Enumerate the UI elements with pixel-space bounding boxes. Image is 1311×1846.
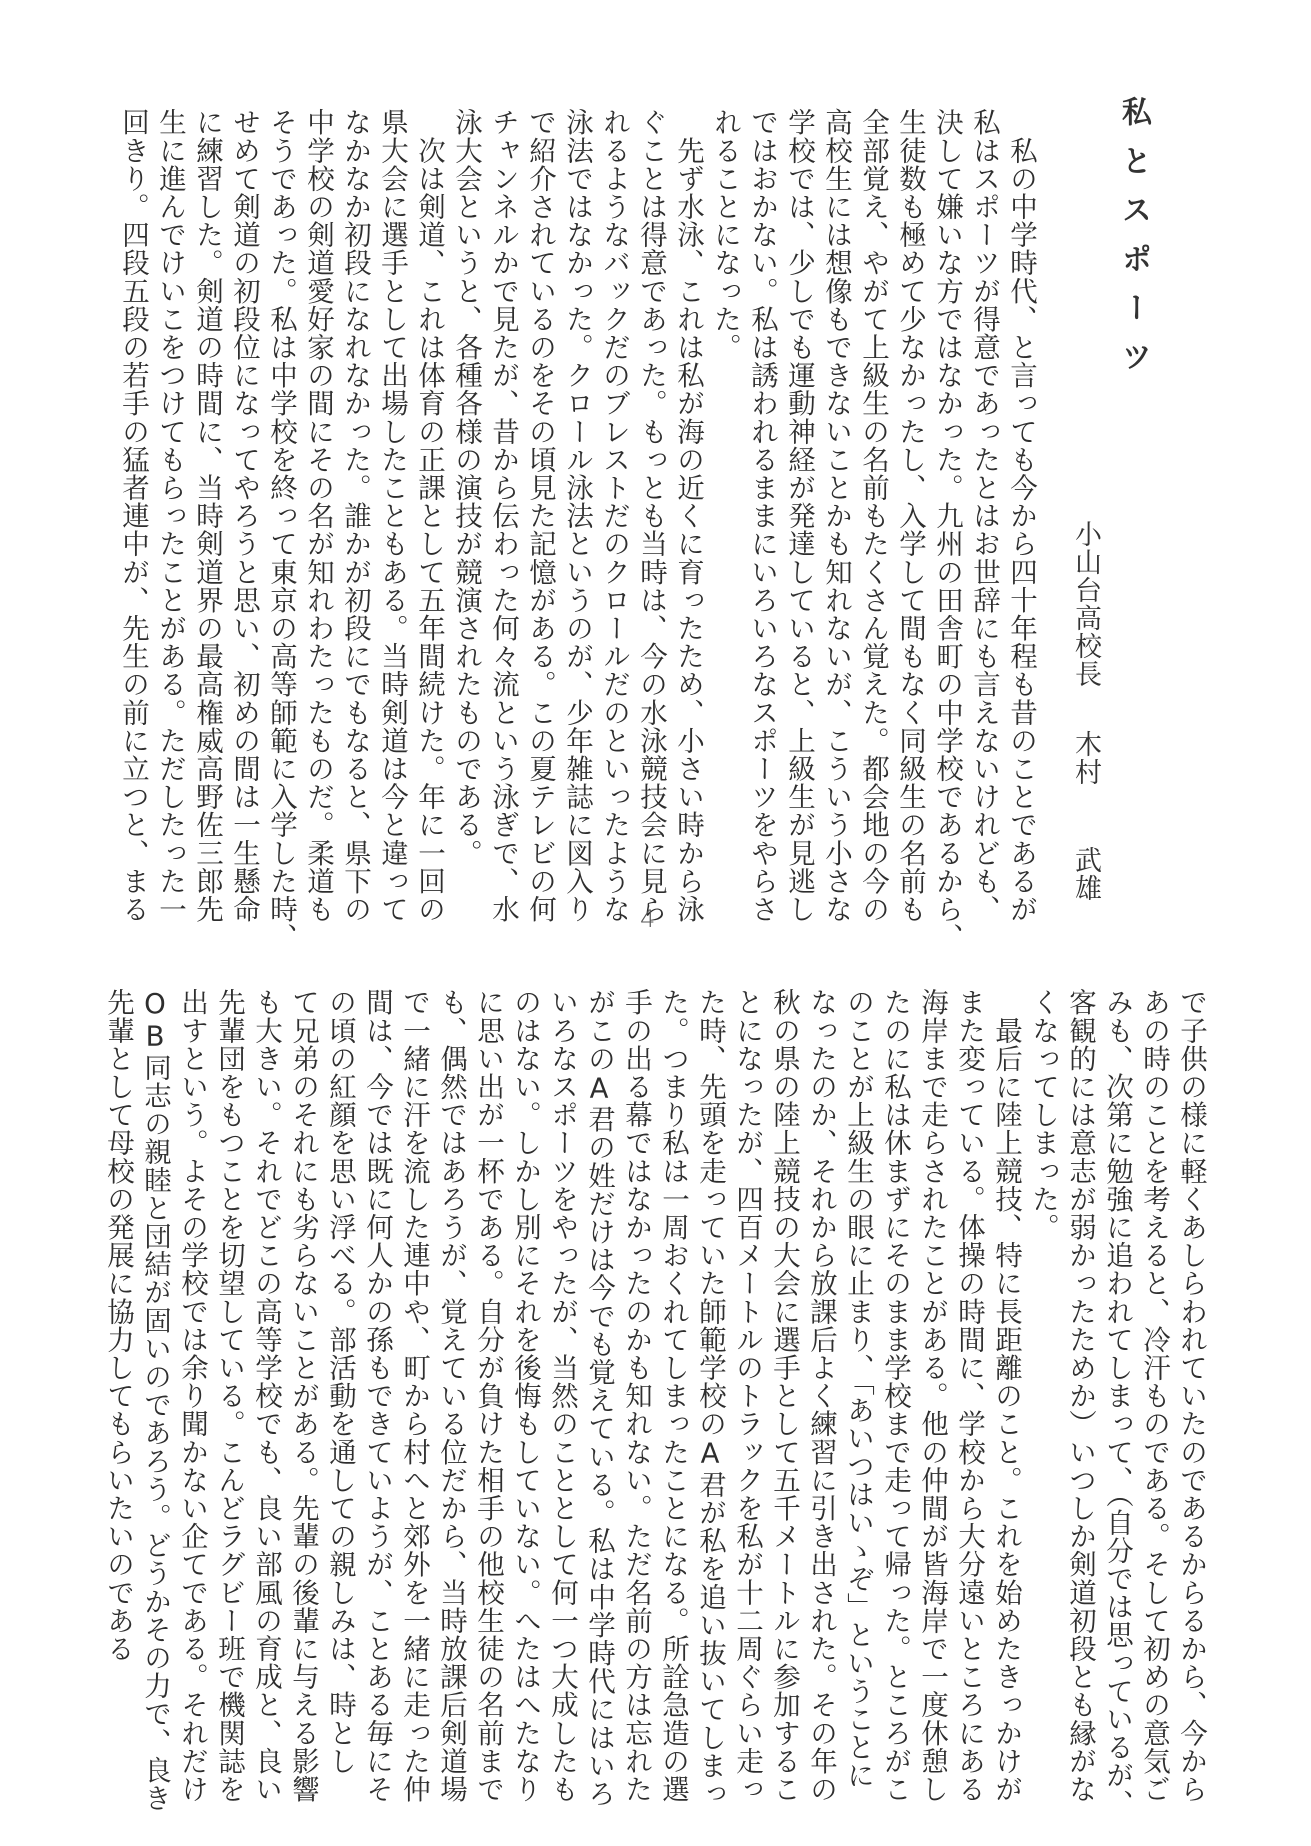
text-column: せめて剣道の初段位になってやろうと思い、初めの間は一生懸命 xyxy=(225,108,262,828)
text-column: 泳大会というと、各種各様の演技が競演されたものである。 xyxy=(447,108,484,828)
text-column: 生徒数も極めて少なかったし、入学して間もなく同級生の名前も xyxy=(891,108,928,828)
text-column: 全部覚え、やがて上級生の名前もたくさん覚えた。都会地の今の xyxy=(854,108,891,828)
text-column: OB同志の親睦と団結が固いのであろう。どうかその力で、良き xyxy=(136,988,173,1708)
author-position: 小山台高校長 xyxy=(1066,520,1105,688)
page-number: 4 xyxy=(640,905,655,933)
article-title: 私とスポーツ xyxy=(1111,96,1155,390)
article-body-upper: 私の中学時代、と言っても今から四十年程も昔のことであるが私はスポーツが得意であっ… xyxy=(114,108,1039,828)
text-column: 手の出る幕ではなかったのかも知れない。ただ名前の方は忘れた xyxy=(617,988,654,1708)
text-column: で紹介されているのをその頃見た記憶がある。この夏テレビの何 xyxy=(521,108,558,828)
text-column: て兄弟のそれにも劣らないことがある。先輩の後輩に与える影響 xyxy=(284,988,321,1708)
text-column: 先輩団をもつことを切望している。こんどラグビー班で機関誌を xyxy=(210,988,247,1708)
text-column: ぐことは得意であった。もっとも当時は、今の水泳競技会に見ら xyxy=(632,108,669,828)
text-column: に思い出が一杯である。自分が負けた相手の他校生徒の名前まで xyxy=(469,988,506,1708)
text-column: いろなスポーツをやったが、当然のこととして何一つ大成したも xyxy=(543,988,580,1708)
text-column: 海岸まで走らされたことがある。他の仲間が皆海岸で一度休憩し xyxy=(913,988,950,1708)
text-column: がこのA君の姓だけは今でも覚えている。私は中学時代にはいろ xyxy=(580,988,617,1708)
text-column: チャンネルかで見たが、昔から伝わった何々流という泳ぎで、水 xyxy=(484,108,521,828)
author-given-name: 武雄 xyxy=(1070,846,1101,902)
text-column: た時、先頭を走っていた師範学校のA君が私を追い抜いてしまっ xyxy=(691,988,728,1708)
text-column: で子供の様に軽くあしらわれていたのであるからるから、今から xyxy=(1172,988,1209,1708)
text-column: そうであった。私は中学校を終って東京の高等師範に入学した時、 xyxy=(262,108,299,828)
text-column: た。つまり私は一周おくれてしまったことになる。所詮急造の選 xyxy=(654,988,691,1708)
author-byline: 小山台高校長 木村 武雄 xyxy=(1066,520,1105,902)
text-column: ではおかない。私は誘われるままにいろいろなスポーツをやらさ xyxy=(743,108,780,828)
text-column: また変っている。体操の時間に、学校から大分遠いところにある xyxy=(950,988,987,1708)
text-column: 間は、今では既に何人かの孫もできていようが、ことある毎にそ xyxy=(358,988,395,1708)
text-column: 最后に陸上競技、特に長距離のこと。これを始めたきっかけが xyxy=(987,988,1024,1708)
text-column: 先ず水泳、これは私が海の近くに育ったため、小さい時から泳 xyxy=(669,108,706,828)
text-column: とになったが、四百メートルのトラックを私が十二周ぐらい走っ xyxy=(728,988,765,1708)
text-column: 私はスポーツが得意であったとはお世辞にも言えないけれども、 xyxy=(965,108,1002,828)
text-column: 県大会に選手として出場したこともある。当時剣道は今と違って xyxy=(373,108,410,828)
text-column: くなってしまった。 xyxy=(1024,988,1061,1708)
text-column: のことが上級生の眼に止まり、「あいつはいゝぞ」ということに xyxy=(839,988,876,1708)
text-column: なったのか、それから放課后よく練習に引き出された。その年の xyxy=(802,988,839,1708)
text-column: 学校では、少しでも運動神経が発達していると、上級生が見逃し xyxy=(780,108,817,828)
text-column: れるようなバックだのブレストだのクロールだのといったような xyxy=(595,108,632,828)
text-column: も大きい。それでどこの高等学校でも、良い部風の育成と、良い xyxy=(247,988,284,1708)
text-column: れることになった。 xyxy=(706,108,743,828)
text-column: で一緒に汗を流した連中や、町から村へと郊外を一緒に走った仲 xyxy=(395,988,432,1708)
text-column: のはない。しかし別にそれを後悔もしていない。へたはへたなり xyxy=(506,988,543,1708)
text-column: 次は剣道、これは体育の正課として五年間続けた。年に一回の xyxy=(410,108,447,828)
text-column: 先輩として母校の発展に協力してもらいたいのである xyxy=(99,988,136,1708)
text-column: 高校生には想像もできないことかも知れないが、こういう小さな xyxy=(817,108,854,828)
text-column: 出すという。よその学校では余り聞かない企てである。それだけ xyxy=(173,988,210,1708)
text-column: に練習した。剣道の時間に、当時剣道界の最高権威高野佐三郎先 xyxy=(188,108,225,828)
article-body-lower: で子供の様に軽くあしらわれていたのであるからるから、今からあの時のことを考えると… xyxy=(99,988,1209,1708)
text-column: の頃の紅顔を思い浮べる。部活動を通しての親しみは、時とし xyxy=(321,988,358,1708)
author-name: 木村 武雄 xyxy=(1066,730,1105,902)
text-column: みも、次第に勉強に追われてしまって、（自分では思っているが、 xyxy=(1098,988,1135,1708)
text-column: 生に進んでけいこをつけてもらったことがある。ただしたった一 xyxy=(151,108,188,828)
text-column: 決して嫌いな方ではなかった。九州の田舎町の中学校であるから、 xyxy=(928,108,965,828)
text-column: 私の中学時代、と言っても今から四十年程も昔のことであるが xyxy=(1002,108,1039,828)
text-column: も、偶然ではあろうが、覚えている位だから、当時放課后剣道場 xyxy=(432,988,469,1708)
text-column: たのに私は休まずにそのまま学校まで走って帰った。ところがこ xyxy=(876,988,913,1708)
author-surname: 木村 xyxy=(1070,730,1101,786)
text-column: 客観的には意志が弱かったためか）いつしか剣道初段とも縁がな xyxy=(1061,988,1098,1708)
text-column: 回きり。四段五段の若手の猛者連中が、先生の前に立つと、まる xyxy=(114,108,151,828)
text-column: なかなか初段になれなかった。誰かが初段にでもなると、県下の xyxy=(336,108,373,828)
text-column: 中学校の剣道愛好家の間にその名が知れわたったものだ。柔道も xyxy=(299,108,336,828)
text-column: 秋の県の陸上競技の大会に選手として五千メートルに参加するこ xyxy=(765,988,802,1708)
text-column: 泳法ではなかった。クロール泳法というのが、少年雑誌に図入り xyxy=(558,108,595,828)
text-column: あの時のことを考えると、冷汗ものである。そして初めの意気ご xyxy=(1135,988,1172,1708)
